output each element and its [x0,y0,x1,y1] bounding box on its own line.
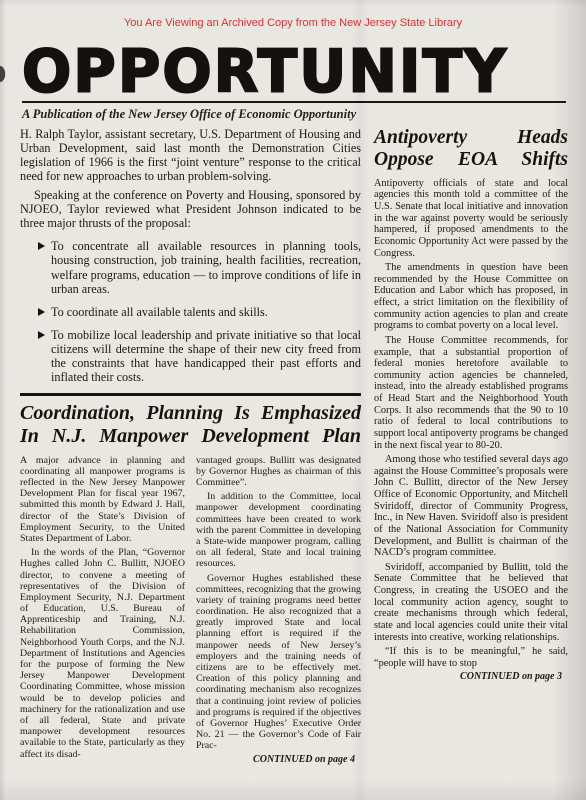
body-paragraph: In the words of the Plan, “Governor Hugh… [20,547,185,760]
body-paragraph: In addition to the Committee, local manp… [196,491,361,569]
newsletter-page: You Are Viewing an Archived Copy from th… [0,0,586,800]
body-paragraph: “If this is to be meaningful,” he said, … [374,646,568,669]
thrust-item: To mobilize local leadership and private… [38,328,361,385]
archive-banner: You Are Viewing an Archived Copy from th… [0,17,586,29]
body-paragraph: The amendments in question have been rec… [374,262,568,332]
body-paragraph: The House Committee recommends, for exam… [374,335,568,451]
left-column: H. Ralph Taylor, assistant secretary, U.… [20,127,361,765]
antipoverty-headline-line: Oppose EOA Shifts [374,149,568,171]
masthead-subtitle: A Publication of the New Jersey Office o… [22,107,566,122]
thrust-item: To concentrate all available resources i… [38,239,361,296]
manpower-column-b: vantaged groups. Bullitt was designated … [196,455,361,765]
lead-article: H. Ralph Taylor, assistant secretary, U.… [20,127,361,384]
continued-note: CONTINUED on page 3 [374,671,568,682]
body-paragraph: vantaged groups. Bullitt was designated … [196,455,361,489]
body-paragraph: A major advance in planning and coordina… [20,455,185,545]
lead-paragraph: H. Ralph Taylor, assistant secretary, U.… [20,127,361,183]
bullet-triangle-icon [38,331,45,339]
manpower-headline: Coordination, Planning Is Emphasized In … [20,402,361,447]
section-divider [20,393,361,396]
bullet-triangle-icon [38,242,45,250]
thrust-list: To concentrate all available resources i… [38,239,361,384]
page-content: H. Ralph Taylor, assistant secretary, U.… [20,127,568,765]
manpower-column-a: A major advance in planning and coordina… [20,455,185,765]
thrust-text: To mobilize local leadership and private… [51,328,361,384]
body-paragraph: Among those who testified several days a… [374,454,568,559]
masthead: OPPORTUNITY A Publication of the New Jer… [22,42,566,122]
bullet-triangle-icon [38,308,45,316]
thrust-text: To concentrate all available resources i… [51,239,361,295]
continued-note: CONTINUED on page 4 [196,754,361,765]
antipoverty-headline: Antipoverty Heads Oppose EOA Shifts [374,127,568,172]
lead-paragraph: Speaking at the conference on Poverty an… [20,188,361,230]
thrust-item: To coordinate all available talents and … [38,305,361,319]
thrust-text: To coordinate all available talents and … [51,305,268,319]
manpower-headline-line: Coordination, Planning Is Emphasized [20,402,361,425]
antipoverty-headline-line: Antipoverty Heads [374,127,568,149]
right-column: Antipoverty Heads Oppose EOA Shifts Anti… [374,127,568,765]
body-paragraph: Governor Hughes established these commit… [196,573,361,752]
masthead-title: OPPORTUNITY [22,41,566,100]
manpower-headline-line: In N.J. Manpower Development Plan [20,425,361,448]
body-paragraph: Sviridoff, accompanied by Bullitt, told … [374,562,568,643]
manpower-article: A major advance in planning and coordina… [20,455,361,765]
body-paragraph: Antipoverty officials of state and local… [374,178,568,259]
